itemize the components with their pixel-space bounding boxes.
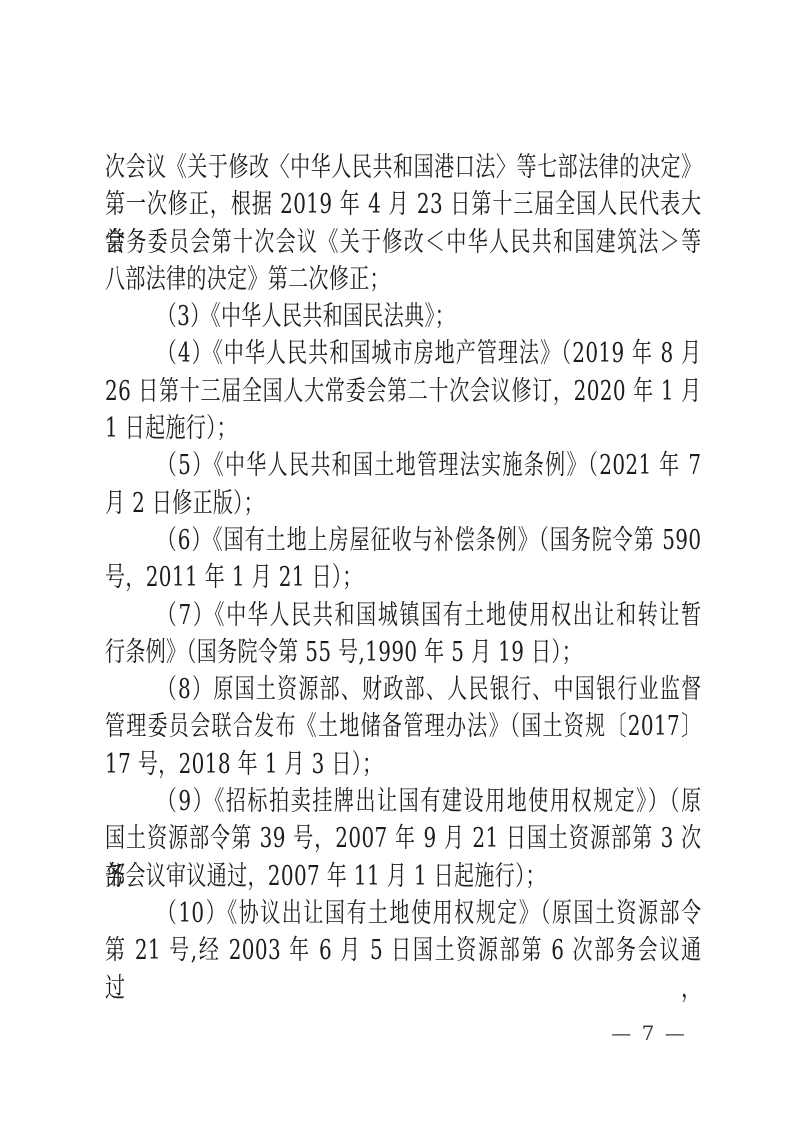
text-line: 17 号，2018 年 1 月 3 日）； [105,746,701,783]
text-line: 八部法律的决定》第二次修正； [105,261,701,298]
list-item: （3）《中华人民共和国民法典》； [105,298,701,335]
list-item: （9）《招标拍卖挂牌出让国有建设用地使用权规定》）（原 [105,783,701,820]
text-line: 国土资源部令第 39 号，2007 年 9 月 21 日国土资源部第 3 次部 [105,820,701,857]
list-item: （5）《中华人民共和国土地管理法实施条例》（2021 年 7 [105,447,701,484]
text-line: 管理委员会联合发布《土地储备管理办法》（国土资规〔2017〕 [105,708,701,745]
page-number: — 7 — [606,1021,692,1045]
list-item: （10）《协议出让国有土地使用权规定》（原国土资源部令 [105,895,701,932]
text-line: 第一次修正，根据 2019 年 4 月 23 日第十三届全国人民代表大会 [105,186,701,223]
text-line: 月 2 日修正版）； [105,485,701,522]
list-item: （6）《国有土地上房屋征收与补偿条例》（国务院令第 590 [105,522,701,559]
text-line: 行条例》（国务院令第 55 号,1990 年 5 月 19 日）； [105,634,701,671]
list-item: （8）原国土资源部、财政部、人民银行、中国银行业监督 [105,671,701,708]
text-line: 第 21 号,经 2003 年 6 月 5 日国土资源部第 6 次部务会议通过， [105,932,701,969]
text-line: 号，2011 年 1 月 21 日）； [105,559,701,596]
list-item: （7）《中华人民共和国城镇国有土地使用权出让和转让暂 [105,597,701,634]
text-line: 常务委员会第十次会议《关于修改＜中华人民共和国建筑法＞等 [105,224,701,261]
text-line: 次会议《关于修改〈中华人民共和国港口法〉等七部法律的决定》 [105,149,701,186]
text-line: 26 日第十三届全国人大常委会第二十次会议修订，2020 年 1 月 [105,373,701,410]
text-line: 务会议审议通过，2007 年 11 月 1 日起施行）； [105,858,701,895]
list-item: （4）《中华人民共和国城市房地产管理法》（2019 年 8 月 [105,335,701,372]
body-text: 次会议《关于修改〈中华人民共和国港口法〉等七部法律的决定》 第一次修正，根据 2… [105,149,701,970]
document-page: 次会议《关于修改〈中华人民共和国港口法〉等七部法律的决定》 第一次修正，根据 2… [0,0,794,1121]
text-line: 1 日起施行）； [105,410,701,447]
